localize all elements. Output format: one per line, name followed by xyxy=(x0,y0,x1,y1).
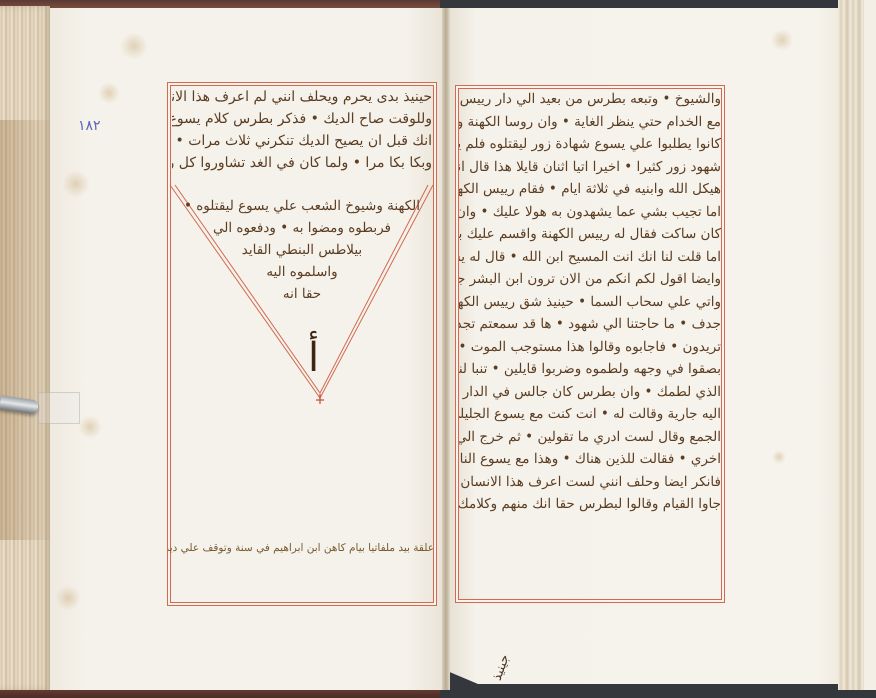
paper-stain xyxy=(98,82,120,104)
text-line: وللوقت صاح الديك • فذكر بطرس كلام يسوع ا… xyxy=(172,108,432,130)
colophon-line: علقة بيد ملفاتيا بيام كاهن ابن ابراهيم ف… xyxy=(168,542,434,554)
clip-film-tab xyxy=(38,392,80,424)
text-line: شهود زور كثيرا • اخيرا اتيا اثنان قايلا … xyxy=(459,156,721,179)
left-page-text: حينيذ بدى يحرم ويحلف انني لم اعرف هذا ال… xyxy=(172,86,432,174)
paper-stain xyxy=(55,585,81,611)
text-line: كان ساكت فقال له رييس الكهنة واقسم عليك … xyxy=(459,223,721,246)
paper-stain xyxy=(772,450,786,464)
text-line: مع الخدام حتي ينظر الغاية • وان روسا الك… xyxy=(459,111,721,134)
text-line: الجمع وقال لست ادري ما تقولين • ثم خرج ا… xyxy=(459,426,721,449)
text-line: وبكا بكا مرا • ولما كان في الغد تشاوروا … xyxy=(172,152,432,174)
triangle-text: الكهنة وشيوخ الشعب علي يسوع ليقتلوه • فر… xyxy=(172,195,432,305)
text-line: انك قبل ان يصيح الديك تنكرني ثلاث مرات •… xyxy=(172,130,432,152)
text-line: فربطوه ومضوا به • ودفعوه الي xyxy=(172,217,432,239)
text-line: والشيوخ • وتبعه بطرس من بعيد الي دار ريي… xyxy=(459,88,721,111)
right-page-text: والشيوخ • وتبعه بطرس من بعيد الي دار ريي… xyxy=(459,88,721,516)
text-line: وايضا اقول لكم انكم من الان ترون ابن الب… xyxy=(459,268,721,291)
text-line: هيكل الله وابنيه في ثلاثة ايام • فقام ري… xyxy=(459,178,721,201)
text-line: تريدون • فاجابوه وقالوا هذا مستوجب الموت… xyxy=(459,336,721,359)
text-line: حقا انه xyxy=(172,283,432,305)
text-line: واسلموه اليه xyxy=(172,261,432,283)
paper-stain xyxy=(62,170,90,198)
text-line: كانوا يطلبوا علي يسوع شهادة زور ليقتلوه … xyxy=(459,133,721,156)
text-line: الذي لطمك • وان بطرس كان جالس في الدار خ… xyxy=(459,381,721,404)
left-page-edges-stack xyxy=(0,6,50,690)
text-line: بصقوا في وجهه ولطموه وضربوا قايلين • تنب… xyxy=(459,358,721,381)
book-gutter xyxy=(442,8,450,690)
final-letter-alif: أ xyxy=(308,335,319,381)
text-line: جدف • ما حاجتنا الي شهود • ها قد سمعتم ت… xyxy=(459,313,721,336)
text-line: الكهنة وشيوخ الشعب علي يسوع ليقتلوه • xyxy=(172,195,432,217)
paper-stain xyxy=(120,32,148,60)
paper-stain xyxy=(78,415,102,439)
text-line: حينيذ بدى يحرم ويحلف انني لم اعرف هذا ال… xyxy=(172,86,432,108)
text-line: اليه جارية وقالت له • انت كنت مع يسوع ال… xyxy=(459,403,721,426)
manuscript-photo: ١٨٢ حينيذ بدى يحرم ويحلف انني لم اعرف هذ… xyxy=(0,0,876,698)
folio-number: ١٨٢ xyxy=(78,118,101,134)
text-line: بيلاطس البنطي القايد xyxy=(172,239,432,261)
text-line: فانكر ايضا وحلف انني لست اعرف هذا الانسا… xyxy=(459,471,721,494)
text-line: جاوا القيام وقالوا لبطرس حقا انك منهم وك… xyxy=(459,493,721,516)
paper-stain xyxy=(770,30,794,50)
book-cover-top-edge xyxy=(0,0,440,8)
text-line: اما تجيب بشي عما يشهدون به هولا عليك • و… xyxy=(459,201,721,224)
text-line: اما قلت لنا انك انت المسيح ابن الله • قا… xyxy=(459,246,721,269)
text-line: واتي علي سحاب السما • حينيذ شق رييس الكه… xyxy=(459,291,721,314)
right-page-outer-edge xyxy=(864,0,876,690)
text-line: اخري • فقالت للذين هناك • وهذا مع يسوع ا… xyxy=(459,448,721,471)
